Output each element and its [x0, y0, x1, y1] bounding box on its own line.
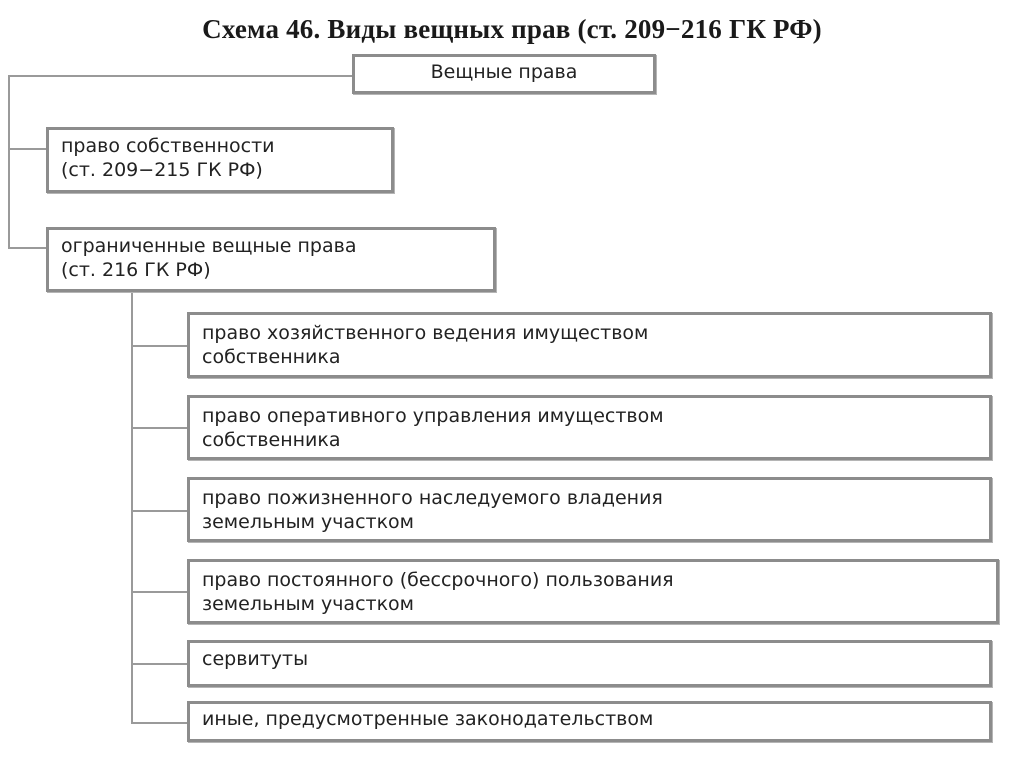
connector-sub-3: [131, 510, 187, 512]
root-node-label: Вещные права: [431, 61, 578, 83]
connector-ownership: [8, 148, 46, 150]
connector-sub-1: [131, 345, 187, 347]
node-text: собственника: [202, 428, 977, 452]
node-permanent-use: право постоянного (бессрочного) пользова…: [187, 559, 999, 624]
node-text: земельным участком: [202, 592, 984, 616]
node-text: право собственности: [61, 134, 379, 158]
node-text: право пожизненного наследуемого владения: [202, 486, 977, 510]
connector-sub-5: [131, 663, 187, 665]
node-text: собственника: [202, 345, 977, 369]
node-other-rights: иные, предусмотренные законодательством: [187, 701, 992, 742]
connector-main-vertical: [8, 75, 10, 249]
connector-limited: [8, 247, 46, 249]
root-node-real-rights: Вещные права: [352, 54, 656, 94]
node-lifetime-possession: право пожизненного наследуемого владения…: [187, 477, 992, 542]
node-text: право постоянного (бессрочного) пользова…: [202, 568, 984, 592]
node-text: право оперативного управления имуществом: [202, 404, 977, 428]
node-text: земельным участком: [202, 510, 977, 534]
node-ownership-right: право собственности (ст. 209−215 ГК РФ): [46, 127, 394, 193]
node-text: (ст. 209−215 ГК РФ): [61, 158, 379, 182]
node-operational-management: право оперативного управления имуществом…: [187, 395, 992, 460]
connector-sub-vertical: [131, 290, 133, 723]
node-text: (ст. 216 ГК РФ): [61, 258, 481, 282]
node-servitudes: сервитуты: [187, 640, 992, 687]
node-limited-real-rights: ограниченные вещные права (ст. 216 ГК РФ…: [46, 227, 496, 292]
diagram-title: Схема 46. Виды вещных прав (ст. 209−216 …: [0, 14, 1024, 45]
connector-sub-4: [131, 591, 187, 593]
connector-root-horizontal: [8, 75, 352, 77]
node-economic-management: право хозяйственного ведения имуществом …: [187, 312, 992, 378]
node-text: сервитуты: [202, 647, 977, 671]
node-text: ограниченные вещные права: [61, 234, 481, 258]
node-text: право хозяйственного ведения имуществом: [202, 321, 977, 345]
connector-sub-6: [131, 722, 187, 724]
connector-sub-2: [131, 427, 187, 429]
node-text: иные, предусмотренные законодательством: [202, 707, 977, 731]
